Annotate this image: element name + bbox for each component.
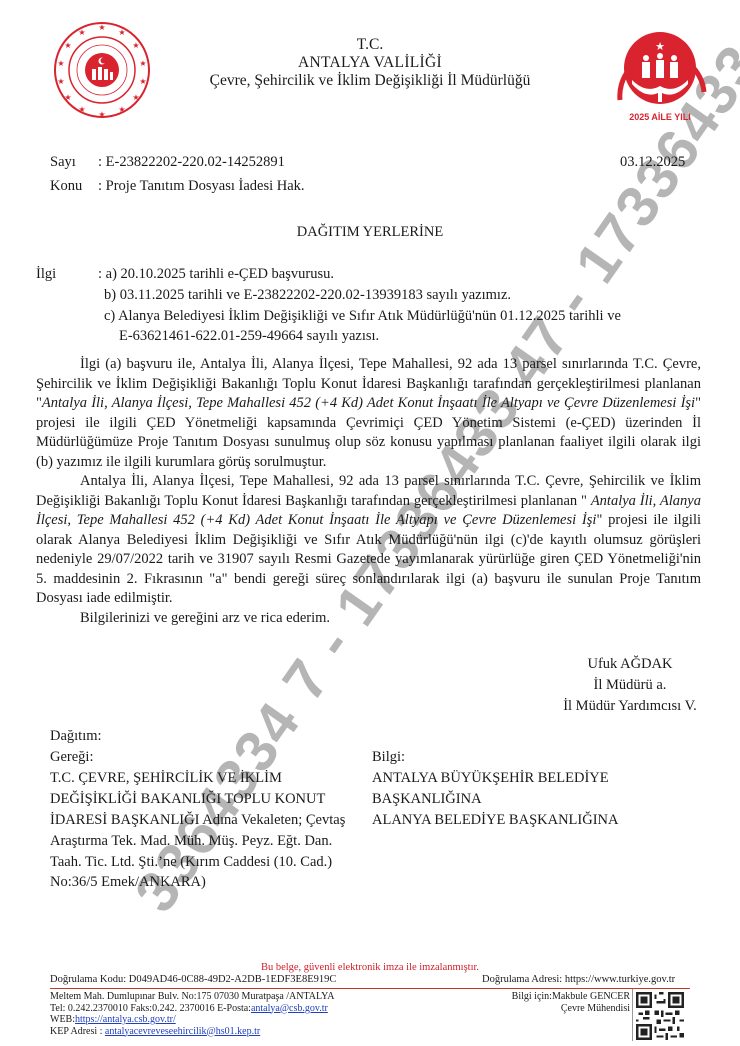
geregi-label: Gereği: xyxy=(50,747,93,768)
signatory-title-1: İl Müdürü a. xyxy=(540,675,720,696)
geregi-line: Taah. Tic. Ltd. Şti.’ne (Kırım Caddesi (… xyxy=(50,852,332,873)
distribution-label: Dağıtım: xyxy=(50,726,102,747)
footer-divider xyxy=(50,988,690,989)
geregi-line: Araştırma Tek. Mad. Müh. Müş. Peyz. Eğt.… xyxy=(50,831,332,852)
qr-code-icon[interactable] xyxy=(636,992,684,1040)
contact-name: Bilgi için:Makbule GENCER xyxy=(470,991,630,1003)
web-link[interactable]: https://antalya.csb.gov.tr/ xyxy=(75,1014,176,1025)
contact-title: Çevre Mühendisi xyxy=(470,1003,630,1015)
svg-text:★: ★ xyxy=(98,110,105,119)
ilgi-item-c: c) Alanya Belediyesi İklim Değişikliği v… xyxy=(104,308,621,325)
paragraph-2: Antalya İli, Alanya İlçesi, Tepe Mahalle… xyxy=(36,472,701,609)
verification-address: Doğrulama Adresi: https://www.turkiye.go… xyxy=(482,974,675,985)
geregi-line: No:36/5 Emek/ANKARA) xyxy=(50,872,206,893)
verification-code: Doğrulama Kodu: D049AD46-0C88-49D2-A2DB-… xyxy=(50,974,336,985)
ilgi-label: İlgi xyxy=(36,266,56,283)
web-line: WEB:https://antalya.csb.gov.tr/ xyxy=(50,1014,334,1026)
contact-person: Bilgi için:Makbule GENCER Çevre Mühendis… xyxy=(470,991,630,1014)
konu-label: Konu xyxy=(50,178,82,195)
email-link[interactable]: antalya@csb.gov.tr xyxy=(251,1003,328,1014)
svg-text:★: ★ xyxy=(132,93,139,102)
bilgi-line: ANTALYA BÜYÜKŞEHİR BELEDİYE xyxy=(372,768,609,789)
contact-block: Meltem Mah. Dumlupınar Bulv. No:175 0703… xyxy=(50,991,334,1037)
paragraph-closing: Bilgilerinizi ve gereğini arz ve rica ed… xyxy=(36,609,701,629)
aile-yili-text: 2025 AİLE YILI xyxy=(629,112,691,122)
2025-aile-yili-icon: ★ 2025 AİLE YILI xyxy=(598,22,722,124)
svg-text:★: ★ xyxy=(118,105,125,114)
sayi-value: : E-23822202-220.02-14252891 xyxy=(98,154,285,171)
geregi-line: İDARESİ BAŞKANLIĞI Adına Vekaleten; Çevt… xyxy=(50,810,345,831)
svg-text:★: ★ xyxy=(78,105,85,114)
svg-text:★: ★ xyxy=(98,23,105,32)
postal-address: Meltem Mah. Dumlupınar Bulv. No:175 0703… xyxy=(50,991,334,1003)
qr-divider xyxy=(632,989,633,1041)
paragraph-1: İlgi (a) başvuru ile, Antalya İli, Alany… xyxy=(36,355,701,472)
ilgi-item-a: : a) 20.10.2025 tarihli e-ÇED başvurusu. xyxy=(98,266,334,283)
svg-text:★: ★ xyxy=(655,41,665,53)
bilgi-line: BAŞKANLIĞINA xyxy=(372,789,482,810)
kep-link[interactable]: antalyacevreveseehircilik@hs01.kep.tr xyxy=(105,1026,260,1037)
svg-text:★: ★ xyxy=(64,93,71,102)
phone-line: Tel: 0.242.2370010 Faks:0.242. 2370016 E… xyxy=(50,1003,334,1015)
kep-line: KEP Adresi : antalyacevreveseehircilik@h… xyxy=(50,1026,334,1038)
konu-value: : Proje Tanıtım Dosyası İadesi Hak. xyxy=(98,178,305,195)
sayi-label: Sayı xyxy=(50,154,76,171)
body-text: İlgi (a) başvuru ile, Antalya İli, Alany… xyxy=(36,355,701,628)
ilgi-item-c-cont: E-63621461-622.01-259-49664 sayılı yazıs… xyxy=(119,328,379,345)
document-date: 03.12.2025 xyxy=(620,154,685,171)
bilgi-line: ALANYA BELEDİYE BAŞKANLIĞINA xyxy=(372,810,618,831)
geregi-line: DEĞİŞİKLİĞİ BAKANLIĞI TOPLU KONUT xyxy=(50,789,325,810)
geregi-line: T.C. ÇEVRE, ŞEHİRCİLİK VE İKLİM xyxy=(50,768,282,789)
ilgi-item-b: b) 03.11.2025 tarihli ve E-23822202-220.… xyxy=(104,287,511,304)
bilgi-label: Bilgi: xyxy=(372,747,405,768)
esign-notice: Bu belge, güvenli elektronik imza ile im… xyxy=(0,962,740,973)
addressee: DAĞITIM YERLERİNE xyxy=(0,224,740,241)
signatory-title-2: İl Müdür Yardımcısı V. xyxy=(540,696,720,717)
signatory-name: Ufuk AĞDAK xyxy=(540,654,720,675)
